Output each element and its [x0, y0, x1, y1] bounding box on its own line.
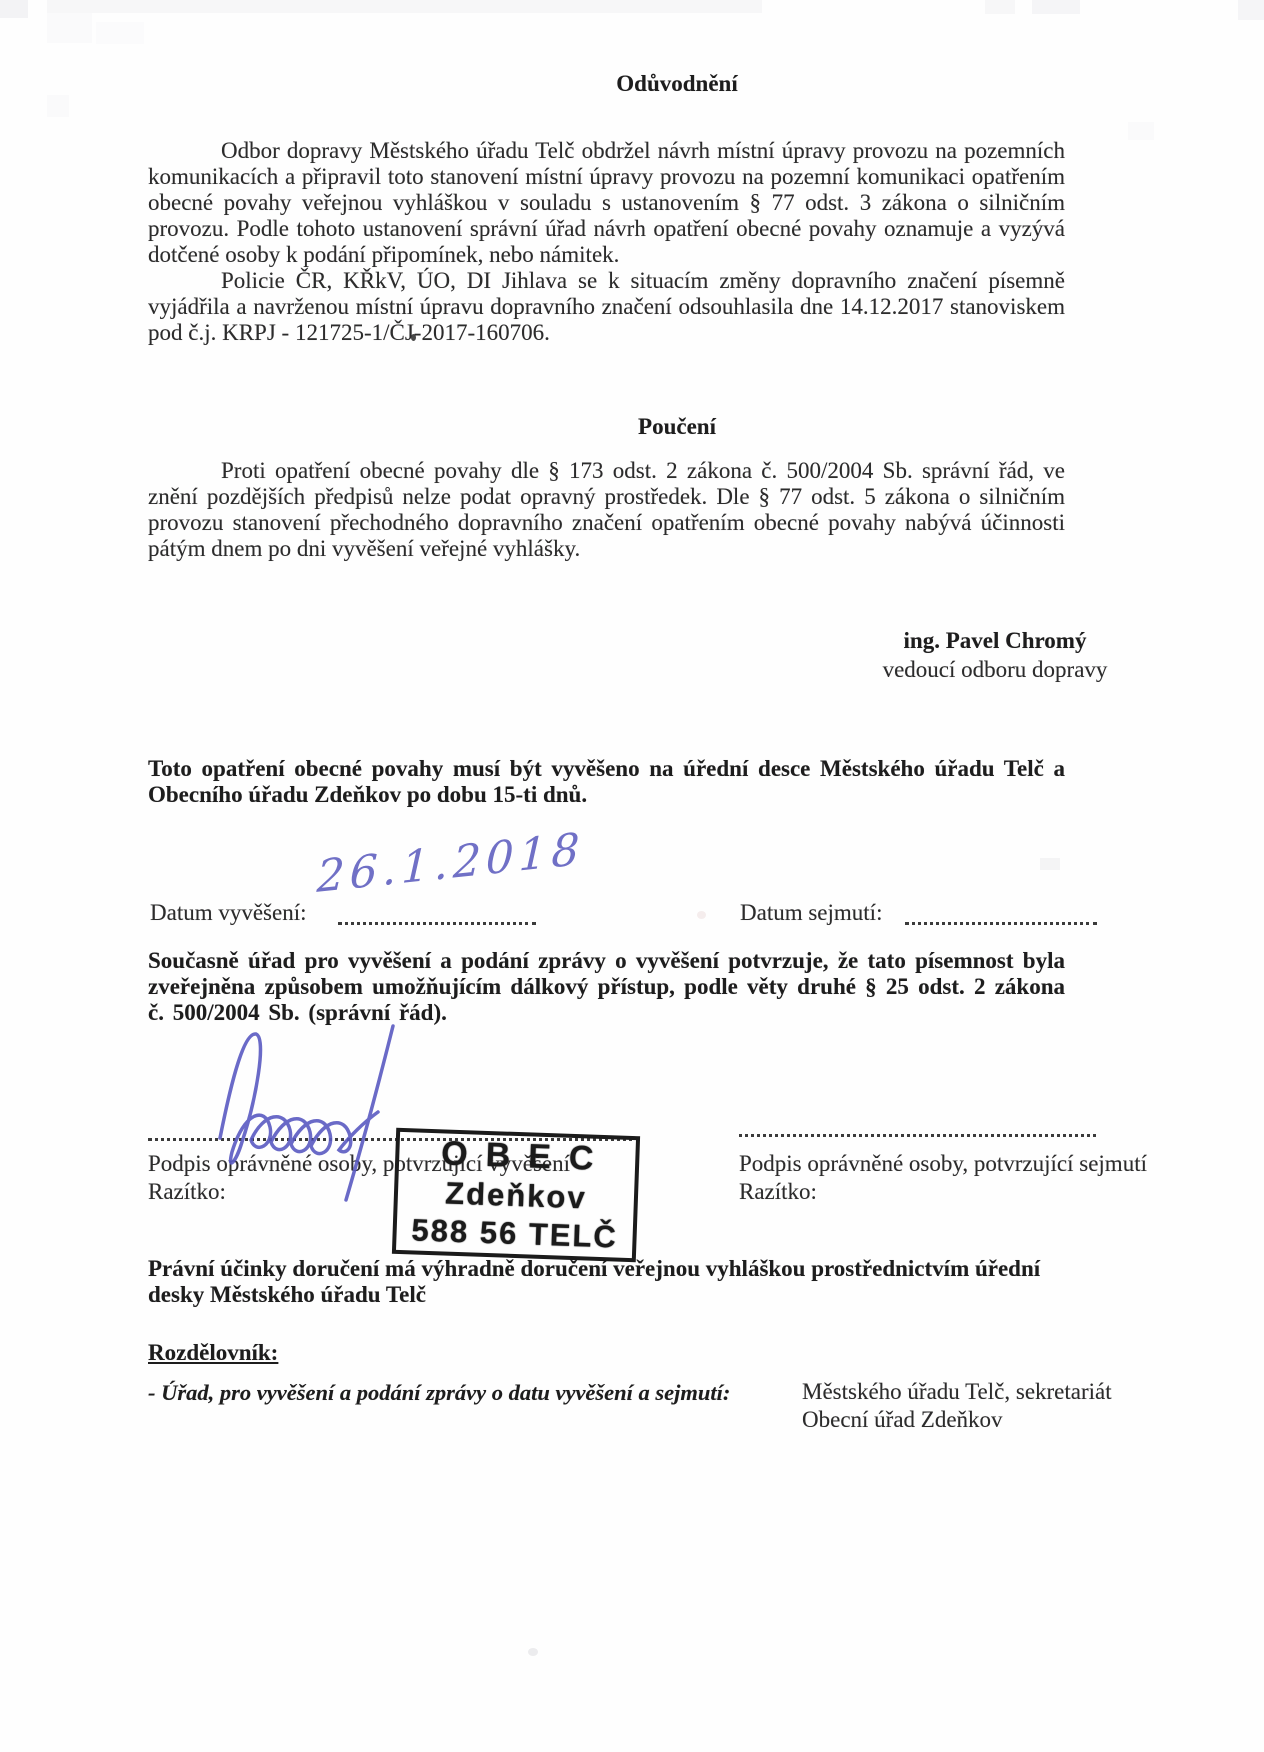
signature-right-caption: Podpis oprávněné osoby, potvrzující sejm…	[739, 1150, 1259, 1178]
stamp-line-psc-telc: 588 56 TELČ	[411, 1214, 618, 1252]
distribution-heading-wrap: Rozdělovník:	[148, 1340, 278, 1366]
scan-artifact	[1238, 0, 1264, 20]
scan-artifact	[96, 22, 144, 44]
signer-name: ing. Pavel Chromý	[800, 626, 1190, 655]
scan-artifact	[47, 13, 92, 43]
signature-right-stamp-label: Razítko:	[739, 1178, 1259, 1206]
date-removed-fill-line	[905, 922, 1097, 925]
scanned-document-page: Odůvodnění Odbor dopravy Městského úřadu…	[0, 0, 1264, 1752]
signature-line-right	[739, 1134, 1096, 1137]
signer-block: ing. Pavel Chromý vedoucí odboru dopravy	[800, 626, 1190, 684]
paragraph-proti-opatreni: Proti opatření obecné povahy dle § 173 o…	[148, 458, 1065, 562]
distribution-label: - Úřad, pro vyvěšení a podání zprávy o d…	[148, 1380, 730, 1406]
date-removed-label: Datum sejmutí:	[740, 900, 882, 926]
scan-artifact	[1128, 122, 1154, 140]
scan-artifact	[1040, 858, 1060, 870]
distribution-recipients: Městského úřadu Telč, sekretariát Obecní…	[802, 1378, 1142, 1434]
scan-artifact	[985, 0, 1015, 14]
legal-effect-notice: Právní účinky doručení má výhradně doruč…	[148, 1256, 1065, 1308]
signature-right-captions: Podpis oprávněné osoby, potvrzující sejm…	[739, 1150, 1259, 1206]
scan-artifact	[47, 0, 762, 13]
distribution-heading: Rozdělovník:	[148, 1340, 278, 1365]
scan-artifact	[528, 1648, 538, 1656]
signer-title: vedoucí odboru dopravy	[800, 655, 1190, 684]
paragraph-odbor-dopravy: Odbor dopravy Městského úřadu Telč obdrž…	[148, 138, 1065, 268]
posting-notice: Toto opatření obecné povahy musí být vyv…	[148, 756, 1065, 808]
date-posted-label: Datum vyvěšení:	[150, 900, 307, 926]
distribution-recipient: Městského úřadu Telč, sekretariát	[802, 1378, 1142, 1406]
pouceni-body: Proti opatření obecné povahy dle § 173 o…	[148, 458, 1065, 562]
date-posted-fill-line	[338, 922, 536, 925]
scan-artifact	[0, 0, 28, 18]
section-heading-oduvodneni: Odůvodnění	[148, 71, 1206, 97]
stamp-line-zdenkov: Zdeňkov	[445, 1178, 587, 1214]
scan-artifact	[697, 911, 706, 919]
paragraph-policie: Policie ČR, KŘkV, ÚO, DI Jihlava se k si…	[148, 268, 1065, 346]
distribution-recipient: Obecní úřad Zdeňkov	[802, 1406, 1142, 1434]
scan-artifact	[1032, 0, 1080, 14]
rubber-stamp-obec-zdenkov: OBEC Zdeňkov 588 56 TELČ	[392, 1128, 640, 1262]
scan-artifact	[47, 95, 69, 117]
stamp-line-obec: OBEC	[441, 1136, 612, 1176]
handwritten-date-posted: 26.1.2018	[316, 823, 585, 903]
section-heading-pouceni: Poučení	[148, 414, 1206, 440]
oduvodneni-body: Odbor dopravy Městského úřadu Telč obdrž…	[148, 138, 1065, 346]
